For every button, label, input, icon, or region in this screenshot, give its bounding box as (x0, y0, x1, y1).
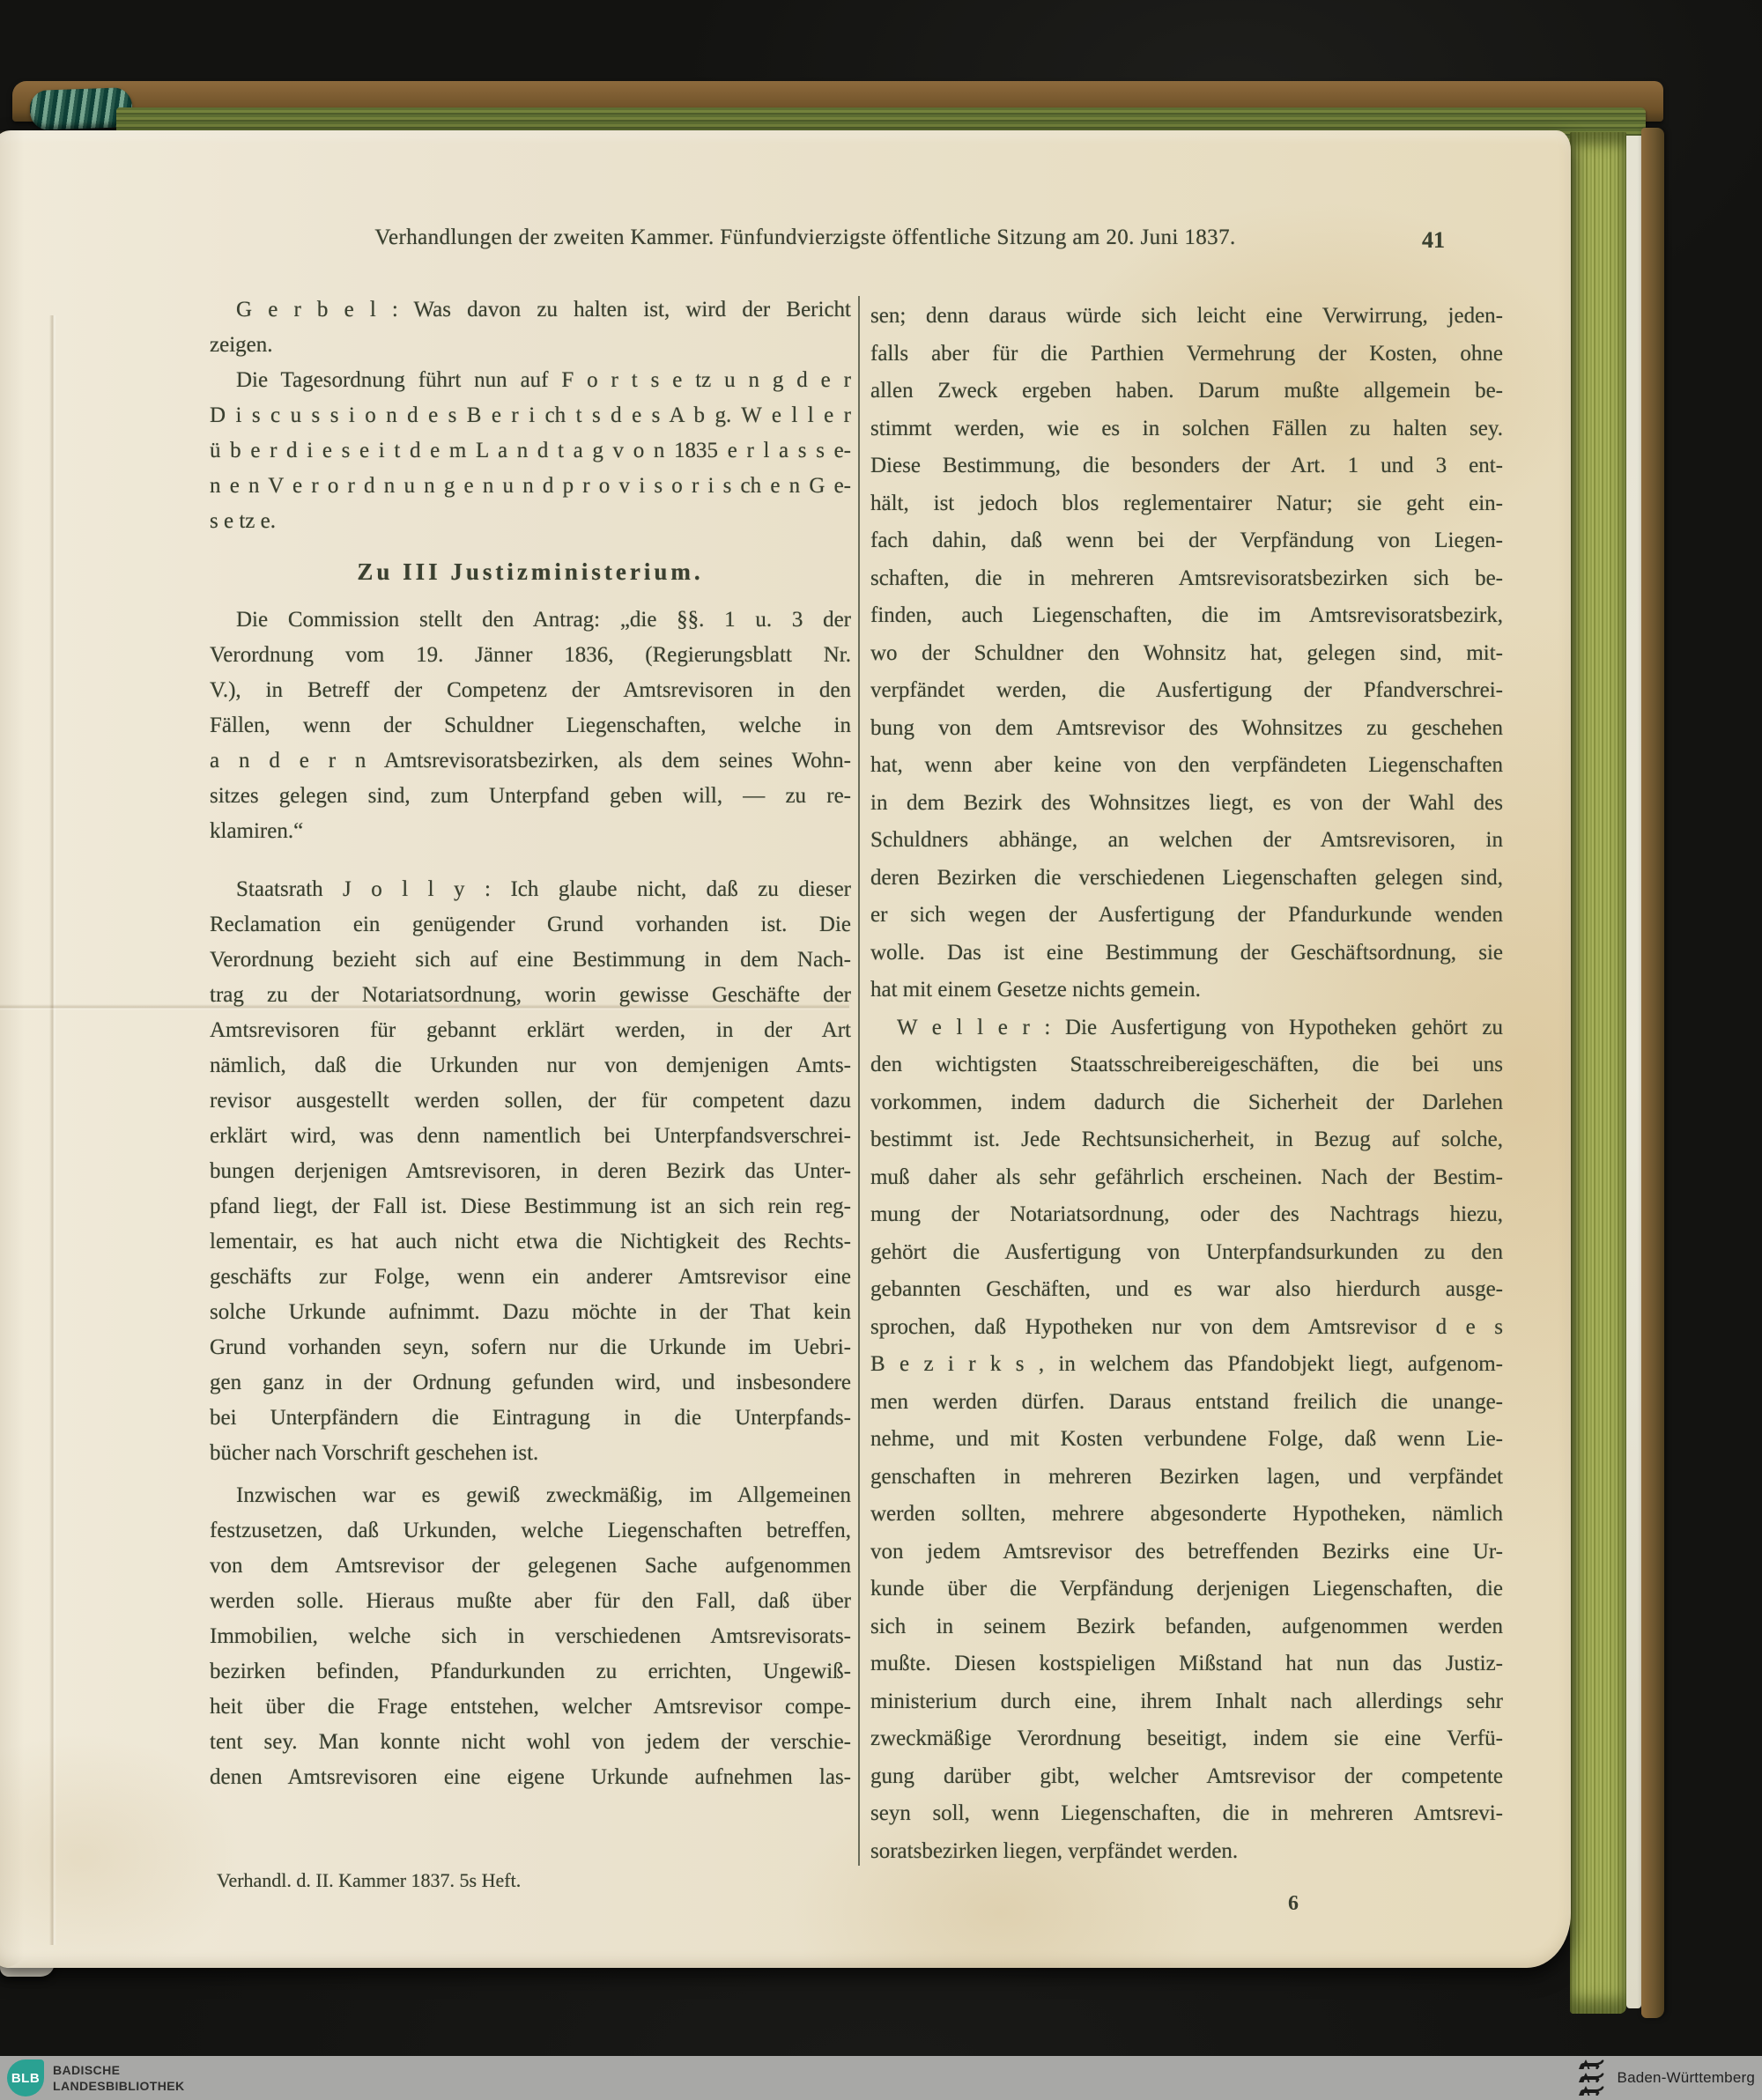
text-line: lementair, es hat auch nicht etwa die Ni… (210, 1224, 851, 1260)
state-branding: Baden-Württemberg (1577, 2056, 1755, 2100)
scan-viewer-canvas: Verhandlungen der zweiten Kammer. Fünfun… (0, 0, 1762, 2100)
text-line: verpfändet werden, die Ausfertigung der … (870, 672, 1503, 710)
signature-line: Verhandl. d. II. Kammer 1837. 5s Heft. (217, 1869, 521, 1892)
text-line: zeigen. (210, 328, 851, 363)
text-line: V.), in Betreff der Competenz der Amtsre… (210, 673, 851, 708)
text-line: gehört die Ausfertigung von Unterpfandsu… (870, 1234, 1503, 1272)
text-line: fach dahin, daß wenn bei der Verpfändung… (870, 522, 1503, 560)
library-footer-bar: BLB BADISCHE LANDESBIBLIOTHEK Baden-Würt… (0, 2056, 1762, 2100)
text-line: W e l l e r : Die Ausfertigung von Hypot… (870, 1009, 1503, 1047)
text-line: geschäfts zur Folge, wenn ein anderer Am… (210, 1260, 851, 1295)
text-line: solche Urkunde aufnimmt. Dazu möchte in … (210, 1295, 851, 1330)
text-line: bestimmt ist. Jede Rechtsunsicherheit, i… (870, 1121, 1503, 1159)
text-line: in dem Bezirk des Wohnsitzes liegt, es v… (870, 785, 1503, 823)
text-line: von jedem Amtsrevisor des betreffenden B… (870, 1534, 1503, 1571)
text-line: festzusetzen, daß Urkunden, welche Liege… (210, 1513, 851, 1549)
text-line: deren Bezirken die verschiedenen Liegens… (870, 860, 1503, 898)
vertical-crease (49, 315, 56, 1945)
text-line: werden solle. Hieraus mußte aber für den… (210, 1584, 851, 1619)
text-line: a n d e r n Amtsrevisoratsbezirken, als … (210, 743, 851, 779)
text-line: gung darüber gibt, welcher Amtsrevisor d… (870, 1758, 1503, 1796)
running-header: Verhandlungen der zweiten Kammer. Fünfun… (206, 226, 1404, 250)
text-line: Immobilien, welche sich in verschiedenen… (210, 1619, 851, 1654)
text-line: trag zu der Notariatsordnung, worin gewi… (210, 978, 851, 1013)
text-line: von dem Amtsrevisor der gelegenen Sache … (210, 1549, 851, 1584)
text-line: soratsbezirken liegen, verpfändet werden… (870, 1833, 1503, 1871)
text-line: revisor ausgestellt werden sollen, der f… (210, 1083, 851, 1119)
text-line: men werden dürfen. Daraus entstand freil… (870, 1384, 1503, 1422)
text-line: klamiren.“ (210, 814, 851, 849)
library-name-line1: BADISCHE (53, 2062, 185, 2078)
text-line: kunde über die Verpfändung derjenigen Li… (870, 1571, 1503, 1608)
text-line: Verordnung bezieht sich auf eine Bestimm… (210, 943, 851, 978)
text-line: Grund vorhanden seyn, sofern nur die Urk… (210, 1330, 851, 1365)
text-line: Diese Bestimmung, die besonders der Art.… (870, 447, 1503, 485)
text-line: gen ganz in der Ordnung gefunden wird, u… (210, 1365, 851, 1401)
text-line: hat, wenn aber keine von den verpfändete… (870, 747, 1503, 785)
left-text-column: G e r b e l : Was davon zu halten ist, w… (210, 292, 851, 1795)
text-line: sprochen, daß Hypotheken nur von dem Amt… (870, 1309, 1503, 1347)
book-endpaper-strip (1626, 136, 1641, 2008)
text-line: bücher nach Vorschrift geschehen ist. (210, 1436, 851, 1471)
text-line: den wichtigsten Staatsschreibereigeschäf… (870, 1046, 1503, 1084)
text-line: falls aber für die Parthien Vermehrung d… (870, 336, 1503, 373)
state-name: Baden-Württemberg (1618, 2069, 1755, 2087)
page-number: 41 (1422, 227, 1445, 254)
text-line: nämlich, daß die Urkunden nur von demjen… (210, 1048, 851, 1083)
text-line: D i s c u s s i o n d e s B e r i ch t s… (210, 398, 851, 433)
text-line: denen Amtsrevisoren eine eigene Urkunde … (210, 1760, 851, 1795)
text-line: stimmt werden, wie es in solchen Fällen … (870, 410, 1503, 448)
text-line: G e r b e l : Was davon zu halten ist, w… (210, 292, 851, 328)
text-line: Zu III Justizministerium. (210, 554, 851, 589)
text-line: ministerium durch eine, ihrem Inhalt nac… (870, 1683, 1503, 1721)
text-line: wolle. Das ist eine Bestimmung der Gesch… (870, 935, 1503, 972)
text-line: tent sey. Man konnte nicht wohl von jede… (210, 1725, 851, 1760)
library-name-line2: LANDESBIBLIOTHEK (53, 2078, 185, 2094)
text-line: s e tz e. (210, 504, 851, 539)
text-line: Reclamation ein genügender Grund vorhand… (210, 907, 851, 943)
book-page: Verhandlungen der zweiten Kammer. Fünfun… (0, 130, 1571, 1968)
text-line: sen; denn daraus würde sich leicht eine … (870, 298, 1503, 336)
text-line: seyn soll, wenn Liegenschaften, die in m… (870, 1795, 1503, 1833)
text-line: finden, auch Liegenschaften, die im Amts… (870, 597, 1503, 635)
text-line: hält, ist jedoch blos reglementairer Nat… (870, 485, 1503, 523)
right-text-column: sen; denn daraus würde sich leicht eine … (870, 298, 1503, 1870)
text-line: bung von dem Amtsrevisor des Wohnsitzes … (870, 710, 1503, 748)
text-line: er sich wegen der Ausfertigung der Pfand… (870, 897, 1503, 935)
sheet-number: 6 (1288, 1892, 1299, 1916)
text-line: wo der Schuldner den Wohnsitz hat, geleg… (870, 635, 1503, 673)
text-line: Die Tagesordnung führt nun auf F o r t s… (210, 363, 851, 398)
text-line: bungen derjenigen Amtsrevisoren, in dere… (210, 1154, 851, 1189)
gutter-shadow (0, 130, 33, 1968)
text-line: Staatsrath J o l l y : Ich glaube nicht,… (210, 872, 851, 907)
text-line: B e z i r k s , in welchem das Pfandobje… (870, 1346, 1503, 1384)
text-line: bezirken befinden, Pfandurkunden zu erri… (210, 1654, 851, 1690)
text-line: schaften, die in mehreren Amtsrevisorats… (870, 560, 1503, 598)
text-line: Verordnung vom 19. Jänner 1836, (Regieru… (210, 638, 851, 673)
text-line: Amtsrevisoren für gebannt erklärt werden… (210, 1013, 851, 1048)
library-name: BADISCHE LANDESBIBLIOTHEK (53, 2062, 185, 2094)
text-line: erklärt wird, was denn namentlich bei Un… (210, 1119, 851, 1154)
text-line: mung der Notariatsordnung, oder des Nach… (870, 1196, 1503, 1234)
text-line: muß daher als sehr gefährlich erscheinen… (870, 1159, 1503, 1197)
text-line: werden sollten, mehrere abgesonderte Hyp… (870, 1496, 1503, 1534)
text-line: hat mit einem Gesetze nichts gemein. (870, 972, 1503, 1009)
text-line: nehme, und mit Kosten verbundene Folge, … (870, 1421, 1503, 1459)
text-line: sich in seinem Bezirk befanden, aufgenom… (870, 1608, 1503, 1646)
text-line: Schuldners abhänge, an welchen der Amtsr… (870, 822, 1503, 860)
book-right-cover-edge (1641, 128, 1664, 2018)
text-line: n e n V e r o r d n u n g e n u n d p r … (210, 469, 851, 504)
text-line: ü b e r d i e s e i t d e m L a n d t a … (210, 433, 851, 469)
text-line: mußte. Diesen kostspieligen Mißstand hat… (870, 1645, 1503, 1683)
text-line: heit über die Frage entstehen, welcher A… (210, 1690, 851, 1725)
text-line: allen Zweck ergeben haben. Darum mußte a… (870, 373, 1503, 410)
text-line: vorkommen, indem dadurch die Sicherheit … (870, 1084, 1503, 1122)
text-line: Inzwischen war es gewiß zweckmäßig, im A… (210, 1478, 851, 1513)
blb-logo-text: BLB (11, 2071, 40, 2086)
blb-logo: BLB (7, 2059, 44, 2096)
book-fore-edge-pages (1570, 132, 1626, 2014)
text-line: pfand liegt, der Fall ist. Diese Bestimm… (210, 1189, 851, 1224)
text-line: bei Unterpfändern die Eintragung in die … (210, 1401, 851, 1436)
text-line: sitzes gelegen sind, zum Unterpfand gebe… (210, 779, 851, 814)
text-line: genschaften in mehreren Bezirken lagen, … (870, 1459, 1503, 1497)
baden-wuerttemberg-coat-of-arms-icon (1577, 2059, 1607, 2097)
text-line: gebannten Geschäften, und es war also hi… (870, 1271, 1503, 1309)
text-line: Fällen, wenn der Schuldner Liegenschafte… (210, 708, 851, 743)
column-divider-rule (858, 296, 860, 1866)
text-line: Die Commission stellt den Antrag: „die §… (210, 603, 851, 638)
text-line: zweckmäßige Verordnung beseitigt, indem … (870, 1720, 1503, 1758)
